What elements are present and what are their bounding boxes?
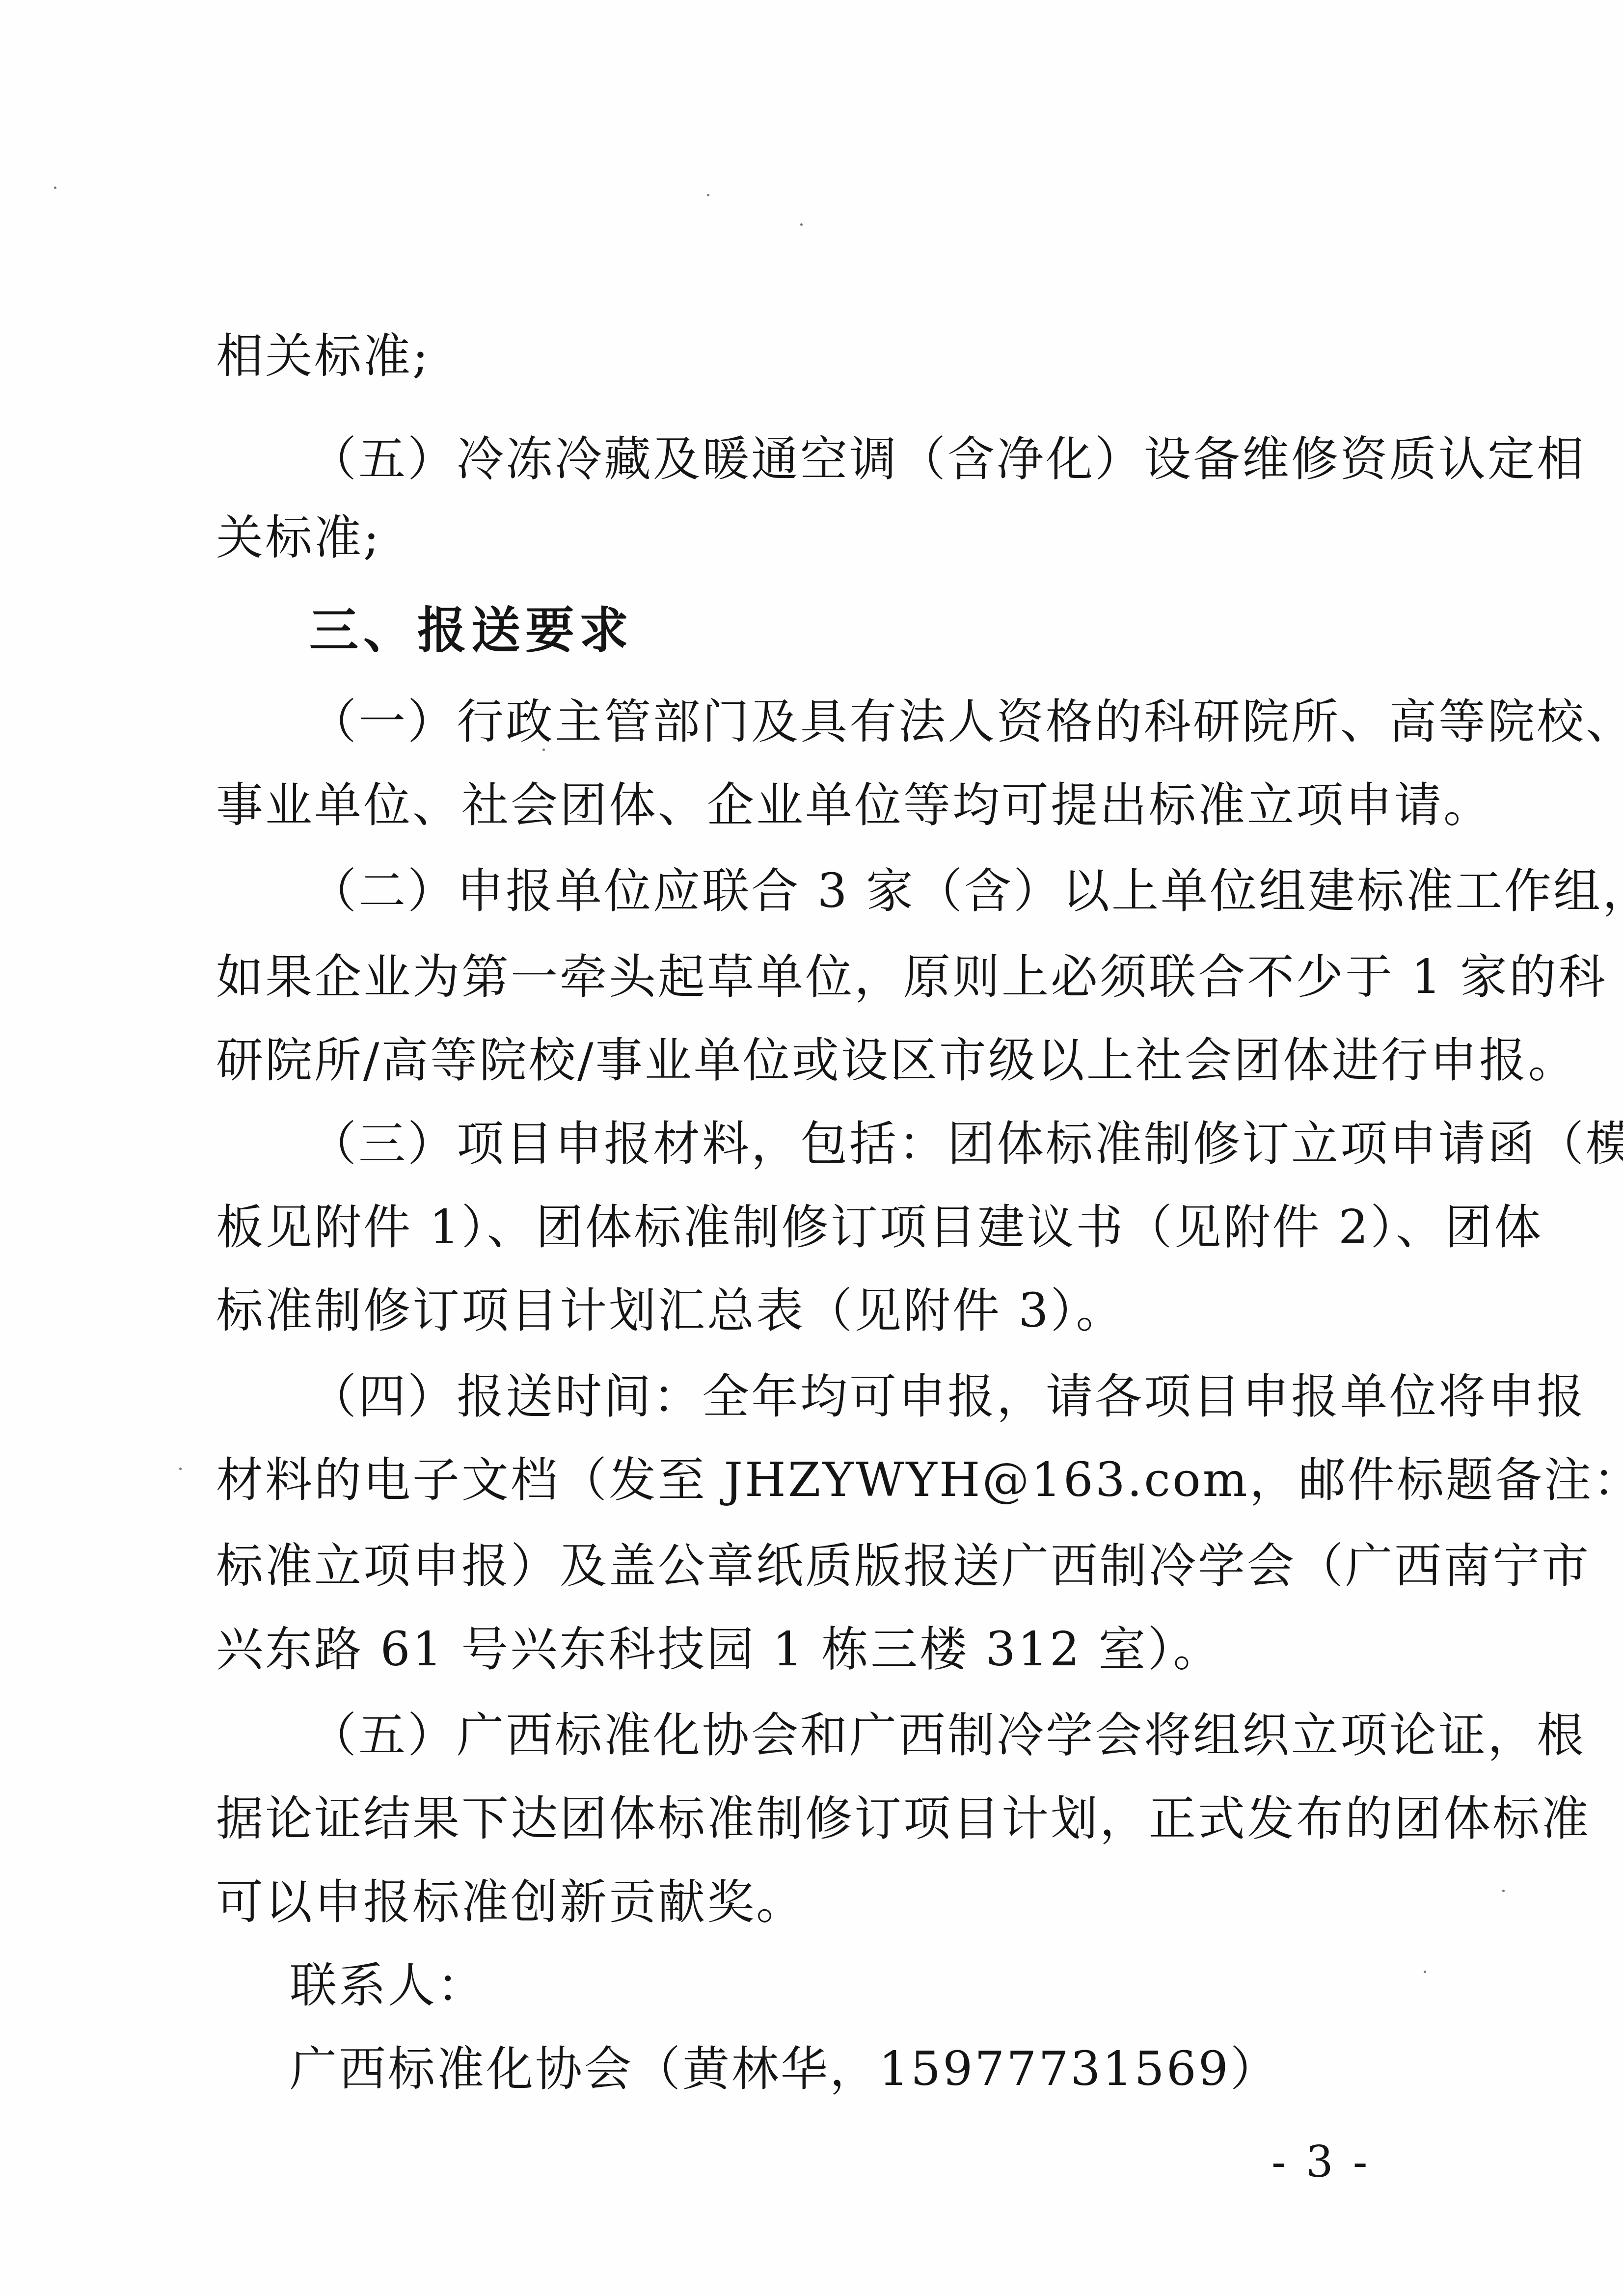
document-page: 相关标准; （五）冷冻冷藏及暖通空调（含净化）设备维修资质认定相 关标准; 三、… [0,0,1623,2296]
section-heading: 三、报送要求 [309,601,633,660]
paragraph-line: 材料的电子文档（发至 JHZYWYH@163.com，邮件标题备注：团体 [216,1450,1404,1509]
scan-speck [800,223,803,226]
paragraph-line: 板见附件 1）、团体标准制修订项目建议书（见附件 2）、团体 [216,1198,1404,1256]
paragraph-line: （二）申报单位应联合 3 家（含）以上单位组建标准工作组， [309,861,1404,920]
paragraph-line: （五）广西标准化协会和广西制冷学会将组织立项论证，根 [309,1706,1404,1764]
contact-label: 联系人： [290,1956,1478,2015]
paragraph-line: 事业单位、社会团体、企业单位等均可提出标准立项申请。 [216,775,1404,834]
paragraph-line: （一）行政主管部门及具有法人资格的科研院所、高等院校、 [309,692,1404,751]
paragraph-line: 关标准; [216,508,1404,567]
scan-speck [542,748,545,751]
scan-speck [54,187,56,189]
paragraph-line: 如果企业为第一牵头起草单位，原则上必须联合不少于 1 家的科 [216,947,1404,1006]
scan-speck [1424,1971,1426,1973]
paragraph-line: （五）冷冻冷藏及暖通空调（含净化）设备维修资质认定相 [309,429,1404,488]
paragraph-line: 研院所/高等院校/事业单位或设区市级以上社会团体进行申报。 [216,1031,1404,1090]
contact-entry: 广西标准化协会（黄林华，15977731569） [290,2039,1478,2098]
page-number: - 3 - [1271,2133,1370,2191]
scan-speck [1502,1890,1505,1892]
paragraph-line: 可以申报标准创新贡献奖。 [216,1872,1404,1931]
paragraph-line: （四）报送时间：全年均可申报，请各项目申报单位将申报 [309,1367,1404,1426]
paragraph-line: 兴东路 61 号兴东科技园 1 栋三楼 312 室）。 [216,1620,1404,1679]
paragraph-line: （三）项目申报材料，包括：团体标准制修订立项申请函（模 [309,1114,1404,1173]
scan-speck [707,194,709,196]
paragraph-line: 标准制修订项目计划汇总表（见附件 3）。 [216,1281,1404,1340]
paragraph-line: 标准立项申报）及盖公章纸质版报送广西制冷学会（广西南宁市 [216,1536,1404,1595]
scan-speck [179,1468,182,1470]
paragraph-line: 相关标准; [216,326,1404,385]
paragraph-line: 据论证结果下达团体标准制修订项目计划，正式发布的团体标准 [216,1789,1404,1848]
